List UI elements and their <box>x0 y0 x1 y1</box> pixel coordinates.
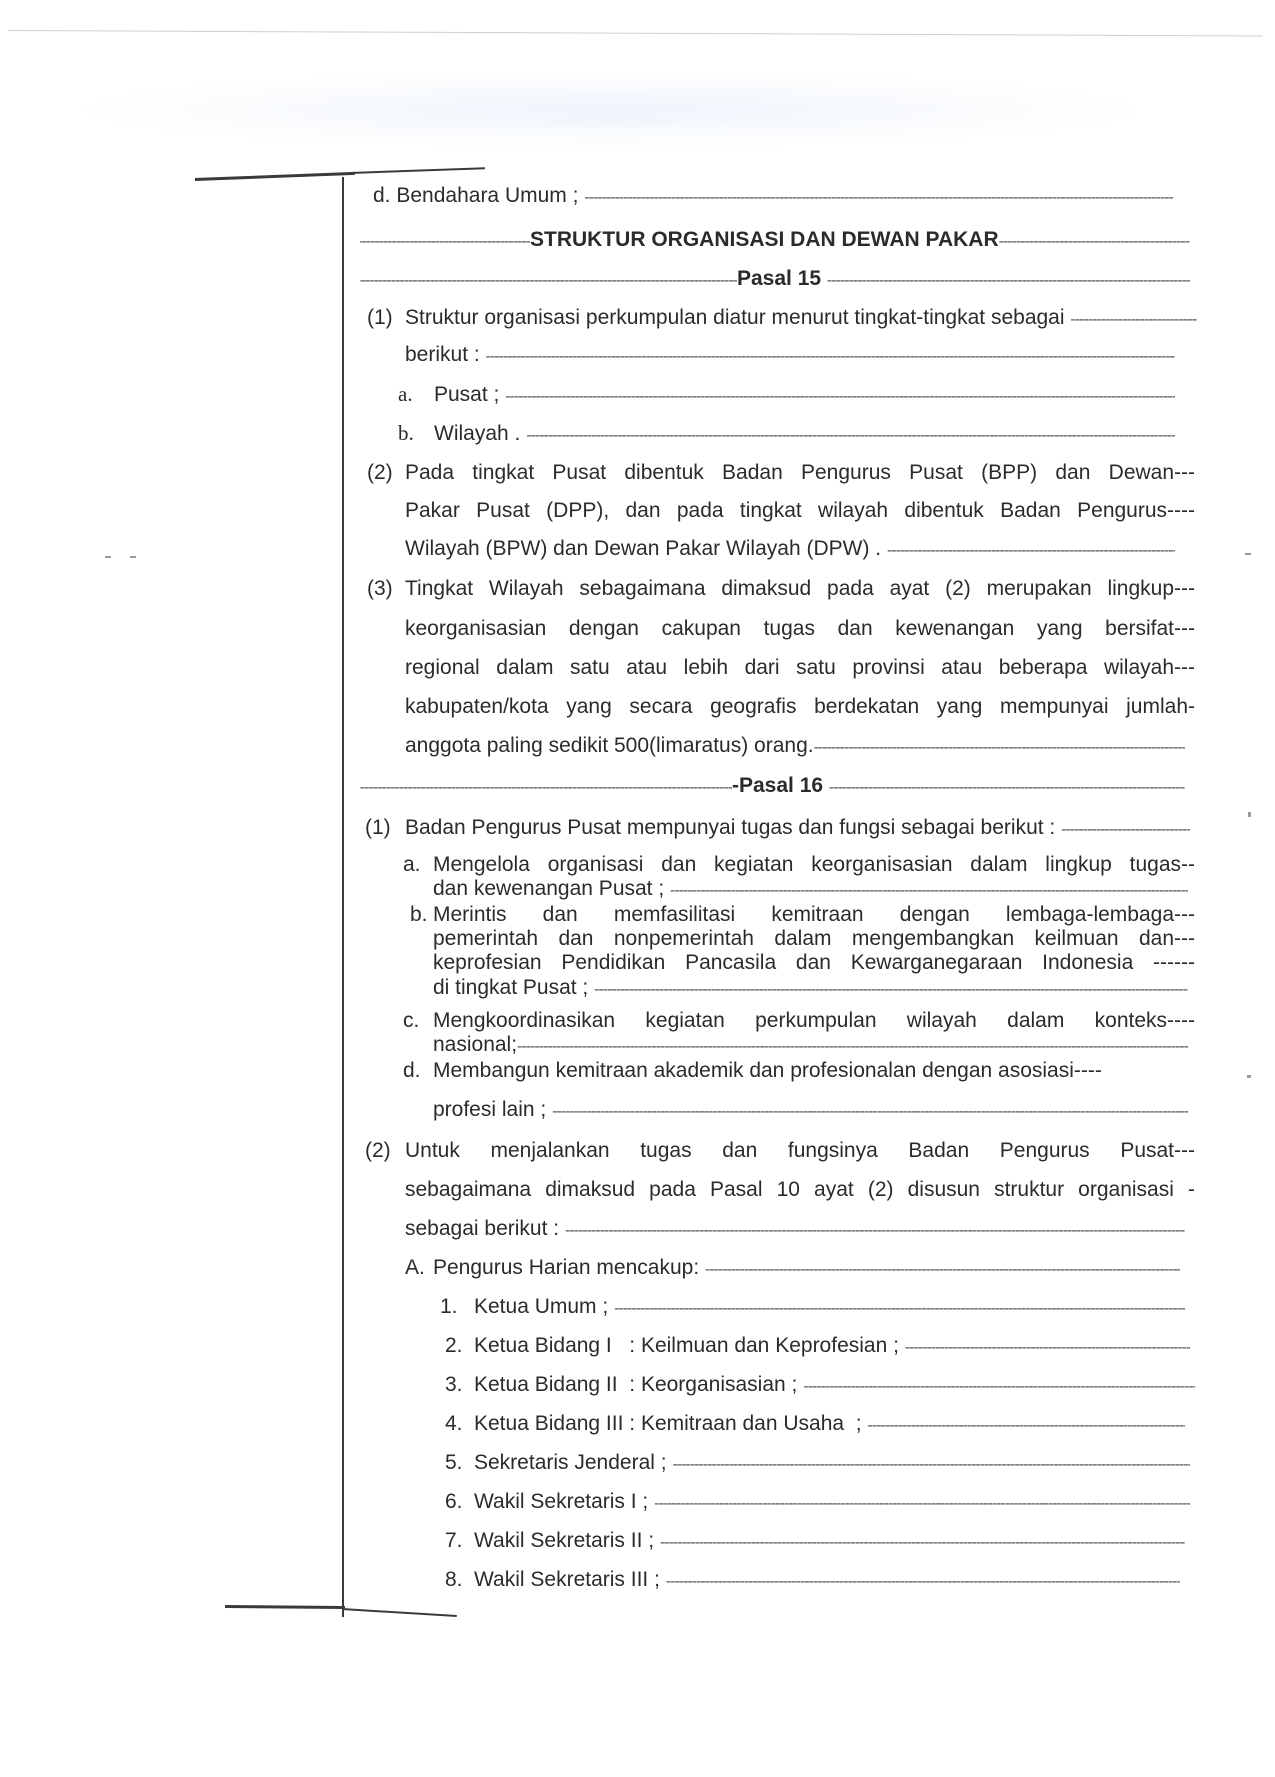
pasal-15-item-a: a. Pusat ; <box>398 381 1175 410</box>
item-text: nasional; <box>433 1032 517 1058</box>
item-marker: b. <box>398 420 434 446</box>
ayat-text: Struktur organisasi perkumpulan diatur m… <box>405 305 1065 331</box>
scan-speck <box>1247 1075 1251 1078</box>
pasal-15-ayat-3-line-5: anggota paling sedikit 500(limaratus) or… <box>405 733 1185 761</box>
member-number: 4. <box>445 1411 474 1437</box>
member-role: Ketua Bidang I : Keilmuan dan Keprofesia… <box>474 1333 899 1359</box>
scan-speck <box>1248 812 1251 817</box>
member-row: 4. Ketua Bidang III : Kemitraan dan Usah… <box>445 1411 1185 1439</box>
scan-speck <box>105 556 111 558</box>
member-row: 2. Ketua Bidang I : Keilmuan dan Keprofe… <box>445 1333 1190 1361</box>
ayat-text: Badan Pengurus Pusat mempunyai tugas dan… <box>405 815 1055 841</box>
pasal-16-title: -Pasal 16 <box>732 773 823 799</box>
item-text: dan kewenangan Pusat ; <box>433 876 664 902</box>
member-number: 8. <box>445 1567 474 1593</box>
pasal-15-heading-line: Pasal 15 <box>360 266 1190 294</box>
pasal-15-ayat-2-line-1: (2) Pada tingkat Pusat dibentuk Badan Pe… <box>367 460 1197 486</box>
scan-haze <box>60 70 1160 150</box>
pasal-15-ayat-2-line-3: Wilayah (BPW) dan Dewan Pakar Wilayah (D… <box>405 536 1175 564</box>
pasal-15-ayat-2-line-2: Pakar Pusat (DPP), dan pada tingkat wila… <box>405 498 1195 524</box>
scan-speck <box>130 556 136 558</box>
member-row: 7. Wakil Sekretaris II ; <box>445 1528 1185 1556</box>
ayat-marker: (2) <box>365 1138 405 1164</box>
member-number: 3. <box>445 1372 474 1398</box>
top-item-line: d. Bendahara Umum ; <box>373 183 1173 211</box>
pasal-16-heading-line: -Pasal 16 <box>360 773 1185 801</box>
top-item-text: Bendahara Umum ; <box>396 183 578 209</box>
member-number: 7. <box>445 1528 474 1554</box>
member-number: 1. <box>440 1294 474 1320</box>
pasal-15-ayat-3-line-2: keorganisasian dengan cakupan tugas dan … <box>405 616 1195 642</box>
ayat-text: Tingkat Wilayah sebagaimana dimaksud pad… <box>405 576 1195 602</box>
member-role: Ketua Umum ; <box>474 1294 608 1320</box>
item-marker: a. <box>403 852 433 878</box>
margin-bracket-bottom-stroke <box>225 1605 345 1609</box>
pasal-16-ayat-1-line: (1) Badan Pengurus Pusat mempunyai tugas… <box>365 815 1190 843</box>
ayat-marker: (2) <box>367 460 405 486</box>
pasal-15-ayat-3-line-4: kabupaten/kota yang secara geografis ber… <box>405 694 1195 720</box>
pengurus-harian-heading: A. Pengurus Harian mencakup: <box>405 1255 1180 1283</box>
group-marker: A. <box>405 1255 433 1281</box>
pasal-15-ayat-3-line-1: (3) Tingkat Wilayah sebagaimana dimaksud… <box>367 576 1197 602</box>
pasal-16-item-b-line-2: pemerintah dan nonpemerintah dalam menge… <box>433 926 1195 952</box>
pasal-16-item-b-line-3: keprofesian Pendidikan Pancasila dan Kew… <box>433 950 1195 976</box>
pasal-15-item-b: b. Wilayah . <box>398 420 1175 449</box>
ayat-text: anggota paling sedikit 500(limaratus) or… <box>405 733 814 759</box>
pasal-16-item-c-line-1: c. Mengkoordinasikan kegiatan perkumpula… <box>403 1008 1198 1034</box>
item-text: Pusat ; <box>434 382 499 408</box>
ayat-text: Pada tingkat Pusat dibentuk Badan Pengur… <box>405 460 1195 486</box>
member-role: Ketua Bidang III : Kemitraan dan Usaha ; <box>474 1411 862 1437</box>
scan-edge-line <box>8 30 1263 36</box>
ayat-text: sebagai berikut : <box>405 1216 559 1242</box>
ayat-text: berikut : <box>405 342 480 368</box>
member-role: Wakil Sekretaris II ; <box>474 1528 654 1554</box>
member-row: 6. Wakil Sekretaris I ; <box>445 1489 1190 1517</box>
scan-speck <box>1245 553 1251 555</box>
top-item-marker: d. <box>373 183 391 209</box>
pasal-15-ayat-1-line-1: (1) Struktur organisasi perkumpulan diat… <box>367 305 1197 333</box>
pasal-16-item-b-line-1: b. Merintis dan memfasilitasi kemitraan … <box>410 902 1198 928</box>
member-number: 6. <box>445 1489 474 1515</box>
group-title: Pengurus Harian mencakup: <box>433 1255 699 1281</box>
member-role: Wakil Sekretaris III ; <box>474 1567 660 1593</box>
ayat-marker: (3) <box>367 576 405 602</box>
margin-bracket-top-stroke-2 <box>350 167 485 174</box>
item-text: di tingkat Pusat ; <box>433 975 588 1001</box>
ayat-marker: (1) <box>365 815 405 841</box>
pasal-16-item-b-line-4: di tingkat Pusat ; <box>433 975 1188 1003</box>
pasal-16-item-d-line-2: profesi lain ; <box>433 1097 1188 1125</box>
member-number: 2. <box>445 1333 474 1359</box>
item-text: Mengkoordinasikan kegiatan perkumpulan w… <box>433 1008 1195 1034</box>
item-marker: c. <box>403 1008 433 1034</box>
item-marker: a. <box>398 381 434 407</box>
member-row: 8. Wakil Sekretaris III ; <box>445 1567 1180 1595</box>
pasal-16-item-c-line-2: nasional; <box>433 1032 1188 1060</box>
pasal-15-ayat-3-line-3: regional dalam satu atau lebih dari satu… <box>405 655 1195 681</box>
ayat-text: Untuk menjalankan tugas dan fungsinya Ba… <box>405 1138 1195 1164</box>
margin-bracket-bottom-stroke-2 <box>342 1608 457 1617</box>
member-role: Wakil Sekretaris I ; <box>474 1489 648 1515</box>
member-number: 5. <box>445 1450 474 1476</box>
section-heading: STRUKTUR ORGANISASI DAN DEWAN PAKAR <box>530 227 999 253</box>
item-text: Merintis dan memfasilitasi kemitraan den… <box>433 902 1195 928</box>
member-row: 3. Ketua Bidang II : Keorganisasian ; <box>445 1372 1195 1400</box>
pasal-16-item-a-line-1: a. Mengelola organisasi dan kegiatan keo… <box>403 852 1198 878</box>
item-text: Membangun kemitraan akademik dan profesi… <box>433 1058 1102 1084</box>
item-text: profesi lain ; <box>433 1097 546 1123</box>
pasal-16-ayat-2-line-2: sebagaimana dimaksud pada Pasal 10 ayat … <box>405 1177 1195 1203</box>
pasal-16-ayat-2-line-3: sebagai berikut : <box>405 1216 1185 1244</box>
item-marker: b. <box>410 902 433 928</box>
margin-bracket-vertical <box>342 177 344 1617</box>
item-marker: d. <box>403 1058 433 1084</box>
pasal-15-title: Pasal 15 <box>737 266 821 292</box>
pasal-16-item-d-line-1: d. Membangun kemitraan akademik dan prof… <box>403 1058 1198 1084</box>
member-role: Ketua Bidang II : Keorganisasian ; <box>474 1372 797 1398</box>
section-heading-line: STRUKTUR ORGANISASI DAN DEWAN PAKAR <box>360 227 1190 255</box>
pasal-16-ayat-2-line-1: (2) Untuk menjalankan tugas dan fungsiny… <box>365 1138 1198 1164</box>
item-text: Mengelola organisasi dan kegiatan keorga… <box>433 852 1195 878</box>
member-role: Sekretaris Jenderal ; <box>474 1450 667 1476</box>
ayat-marker: (1) <box>367 305 405 331</box>
item-text: Wilayah . <box>434 421 520 447</box>
member-row: 5. Sekretaris Jenderal ; <box>445 1450 1190 1478</box>
ayat-text: Wilayah (BPW) dan Dewan Pakar Wilayah (D… <box>405 536 881 562</box>
pasal-16-item-a-line-2: dan kewenangan Pusat ; <box>433 876 1188 904</box>
margin-bracket-top-stroke <box>195 172 355 181</box>
member-row: 1. Ketua Umum ; <box>440 1294 1185 1322</box>
pasal-15-ayat-1-line-2: berikut : <box>405 342 1175 370</box>
